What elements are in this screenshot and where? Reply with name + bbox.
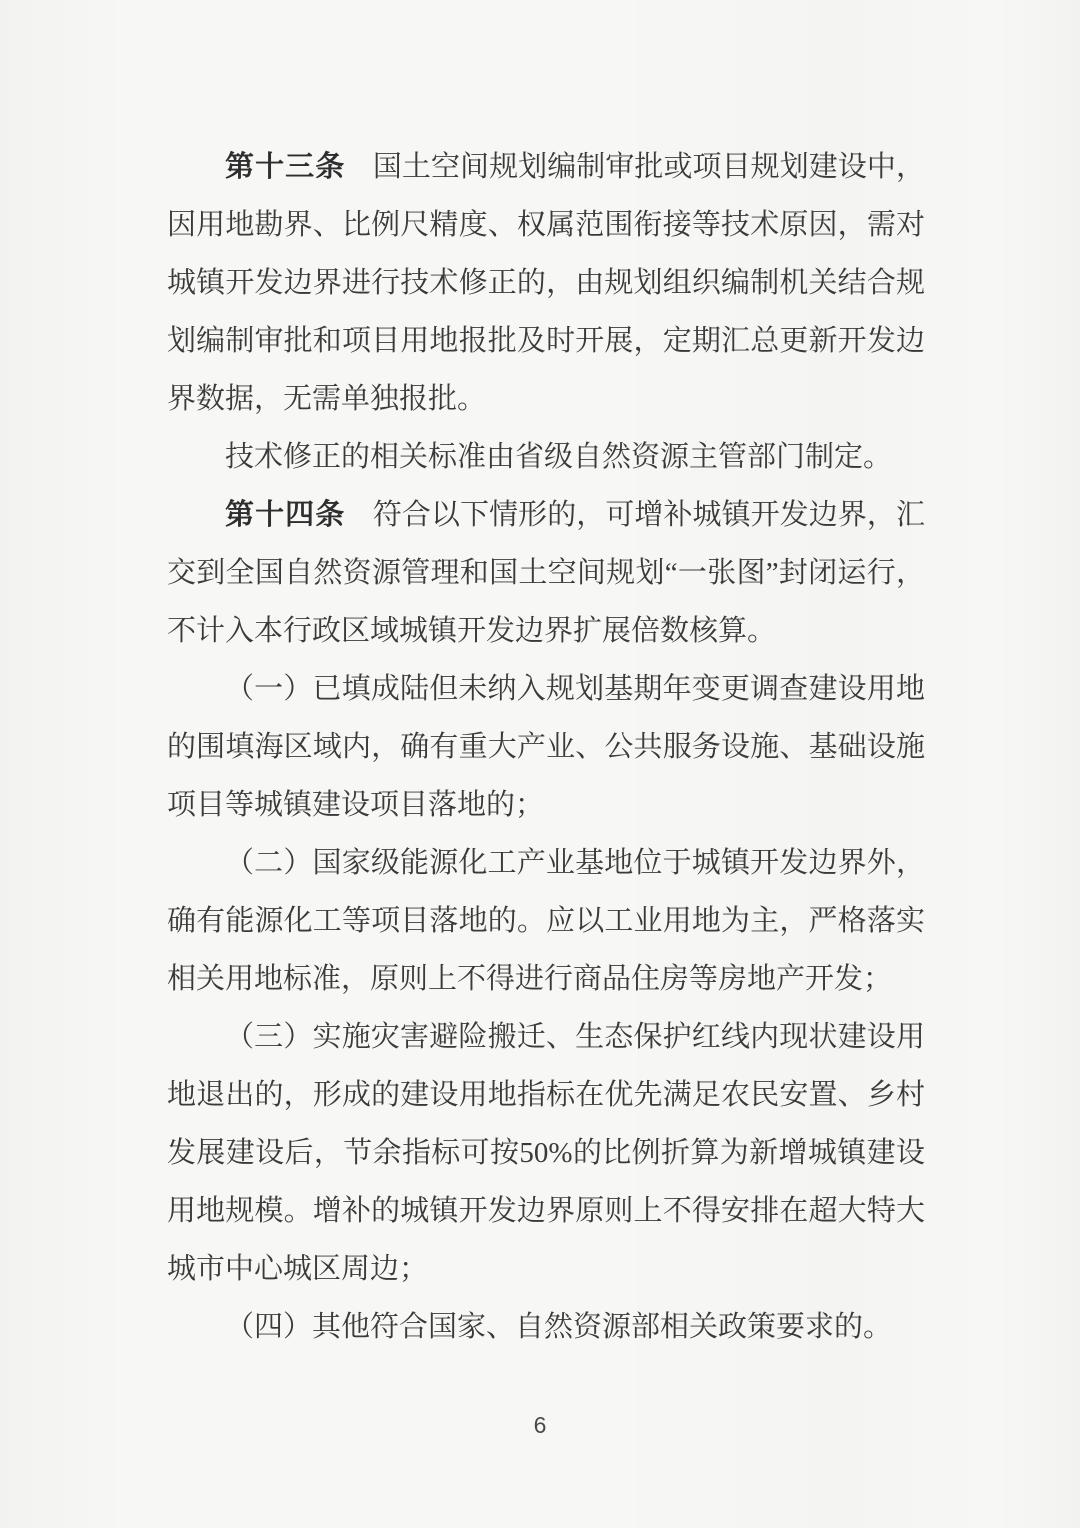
- paragraph: 技术修正的相关标准由省级自然资源主管部门制定。: [167, 428, 925, 486]
- paragraph-text: （二）国家级能源化工产业基地位于城镇开发边界外，确有能源化工等项目落地的。应以工…: [167, 847, 925, 995]
- article-lead: 第十四条: [225, 499, 345, 531]
- paragraph: （二）国家级能源化工产业基地位于城镇开发边界外，确有能源化工等项目落地的。应以工…: [167, 834, 925, 1008]
- paragraph: （三）实施灾害避险搬迁、生态保护红线内现状建设用地退出的，形成的建设用地指标在优…: [167, 1008, 925, 1298]
- paragraph: （一）已填成陆但未纳入规划基期年变更调查建设用地的围填海区域内，确有重大产业、公…: [167, 660, 925, 834]
- document-body: 第十三条国土空间规划编制审批或项目规划建设中，因用地勘界、比例尺精度、权属范围衔…: [167, 138, 925, 1356]
- page-number: 6: [0, 1410, 1080, 1440]
- paragraph-text: （一）已填成陆但未纳入规划基期年变更调查建设用地的围填海区域内，确有重大产业、公…: [167, 673, 925, 821]
- paragraph-text: （四）其他符合国家、自然资源部相关政策要求的。: [225, 1311, 892, 1343]
- paragraph: （四）其他符合国家、自然资源部相关政策要求的。: [167, 1298, 925, 1356]
- paragraph: 第十四条符合以下情形的，可增补城镇开发边界，汇交到全国自然资源管理和国土空间规划…: [167, 486, 925, 660]
- paragraph-text: （三）实施灾害避险搬迁、生态保护红线内现状建设用地退出的，形成的建设用地指标在优…: [167, 1021, 925, 1285]
- paragraph: 第十三条国土空间规划编制审批或项目规划建设中，因用地勘界、比例尺精度、权属范围衔…: [167, 138, 925, 428]
- paragraph-text: 技术修正的相关标准由省级自然资源主管部门制定。: [225, 441, 892, 473]
- article-lead: 第十三条: [225, 151, 345, 183]
- document-page: 第十三条国土空间规划编制审批或项目规划建设中，因用地勘界、比例尺精度、权属范围衔…: [0, 0, 1080, 1528]
- paragraph-text: 国土空间规划编制审批或项目规划建设中，因用地勘界、比例尺精度、权属范围衔接等技术…: [167, 151, 925, 415]
